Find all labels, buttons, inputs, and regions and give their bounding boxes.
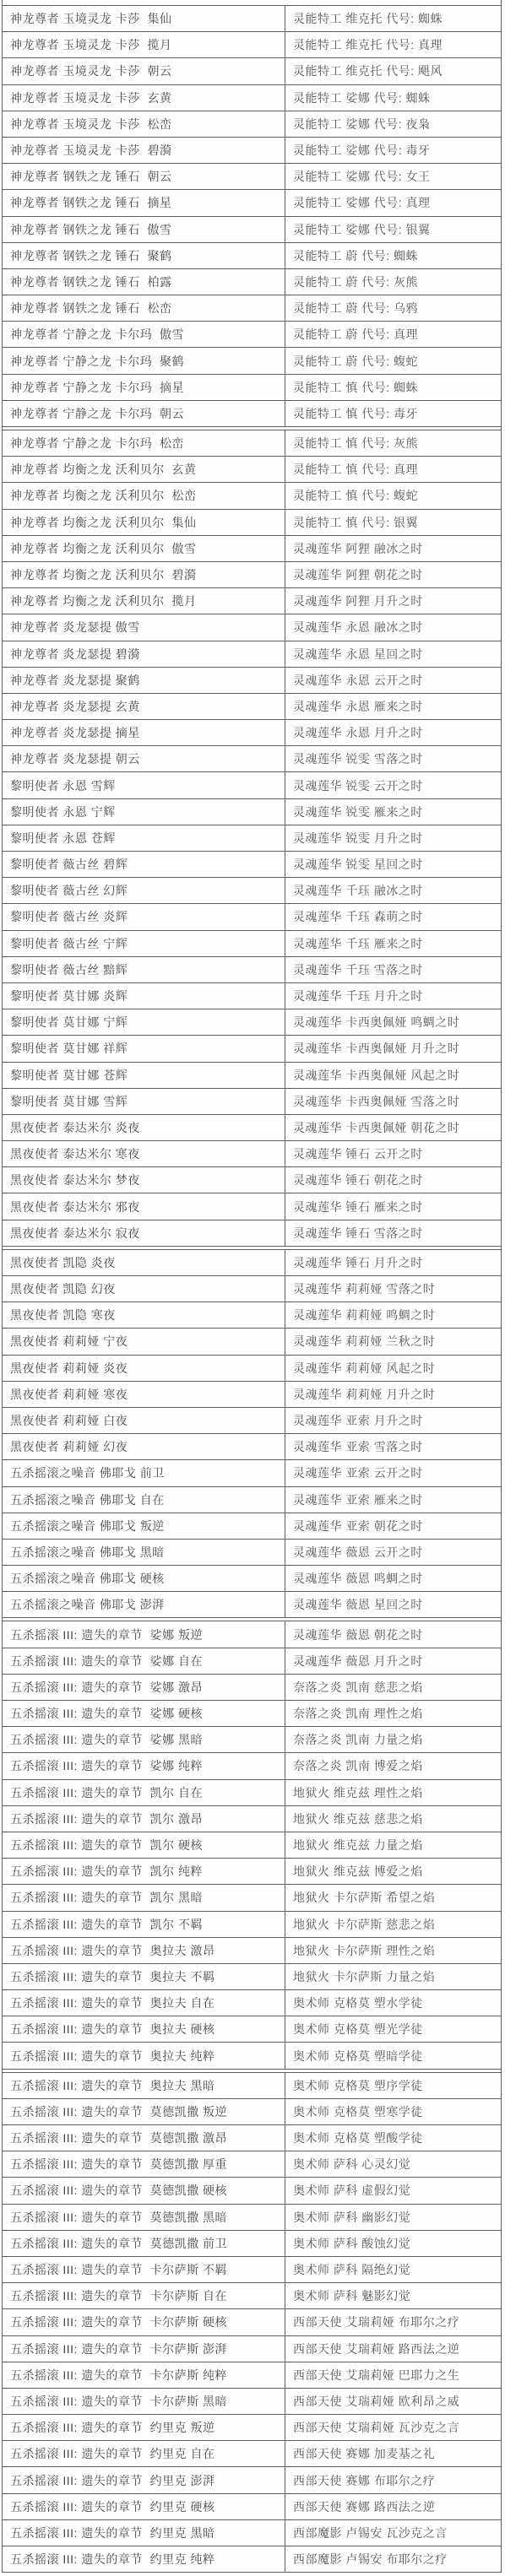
table-row: 黑夜使者 凯隐 炎夜灵魂莲华 锤石 月升之时 (3, 1250, 501, 1276)
table-row: 五杀摇滚 III: 遗失的章节 凯尔 硬核地狱火 维克兹 力量之焰 (3, 1832, 501, 1859)
skin-name-cell: 黑夜使者 凯隐 炎夜 (3, 1250, 285, 1275)
table-row: 黎明使者 莫甘娜 苍辉灵魂莲华 卡西奥佩娅 风起之时 (3, 1063, 501, 1089)
skin-name-cell: 五杀摇滚 III: 遗失的章节 奥拉夫 黑暗 (3, 2073, 285, 2098)
skin-name-cell: 五杀摇滚之噪音 佛耶戈 黑暗 (3, 1540, 285, 1565)
skin-name-cell: 黑夜使者 莉莉娅 白夜 (3, 1408, 285, 1433)
reward-name-cell: 灵魂莲华 锐雯 雁来之时 (285, 799, 501, 825)
table-row: 黎明使者 薇古丝 幻辉灵魂莲华 千珏 融冰之时 (3, 878, 501, 904)
skin-name-cell: 黎明使者 薇古丝 幻辉 (3, 878, 285, 903)
skin-name-cell: 五杀摇滚 III: 遗失的章节 凯尔 硬核 (3, 1832, 285, 1858)
skin-name-cell: 五杀摇滚 III: 遗失的章节 莫德凯撒 硬核 (3, 2178, 285, 2203)
reward-name-cell: 奈落之炎 凯南 理性之焰 (285, 1701, 501, 1726)
skin-name-cell: 五杀摇滚 III: 遗失的章节 卡尔萨斯 澎湃 (3, 2336, 285, 2362)
skin-name-cell: 五杀摇滚 III: 遗失的章节 约里克 自在 (3, 2441, 285, 2466)
skin-name-cell: 五杀摇滚 III: 遗失的章节 卡尔萨斯 硬核 (3, 2309, 285, 2335)
table-row: 黑夜使者 泰达米尔 寂夜灵魂莲华 锤石 雪落之时 (3, 1220, 501, 1247)
reward-name-cell: 西部天使 艾瑞莉娅 布耶尔之疗 (285, 2309, 501, 2335)
table-row: 神龙尊者 钢铁之龙 锤石 傲雪灵能特工 娑娜 代号: 银翼 (3, 217, 501, 243)
table-row: 五杀摇滚 III: 遗失的章节 娑娜 激昂奈落之炎 凯南 慈悲之焰 (3, 1675, 501, 1701)
table-row: 五杀摇滚 III: 遗失的章节 奥拉夫 黑暗奥术师 克格莫 塑序学徒 (3, 2073, 501, 2099)
table-row: 五杀摇滚之噪音 佛耶戈 叛逆灵魂莲华 亚索 朝花之时 (3, 1513, 501, 1540)
reward-name-cell: 地狱火 卡尔萨斯 慈悲之焰 (285, 1912, 501, 1937)
skin-name-cell: 五杀摇滚 III: 遗失的章节 莫德凯撒 厚重 (3, 2151, 285, 2177)
reward-name-cell: 奈落之炎 凯南 博爱之焰 (285, 1753, 501, 1778)
reward-name-cell: 灵魂莲华 薇恩 星回之时 (285, 1592, 501, 1617)
skin-name-cell: 神龙尊者 钢铁之龙 锤石 摘星 (3, 190, 285, 215)
reward-name-cell: 灵魂莲华 千珏 月升之时 (285, 983, 501, 1009)
skin-name-cell: 黑夜使者 泰达米尔 炎夜 (3, 1115, 285, 1140)
table-row: 五杀摇滚 III: 遗失的章节 凯尔 纯粹地狱火 维克兹 博爱之焰 (3, 1859, 501, 1885)
skin-name-cell: 黎明使者 薇古丝 炎辉 (3, 904, 285, 929)
table-row: 神龙尊者 均衡之龙 沃利贝尔 傲雪灵魂莲华 阿狸 融冰之时 (3, 536, 501, 562)
table-row: 五杀摇滚 III: 遗失的章节 凯尔 激昂地狱火 维克兹 慈悲之焰 (3, 1806, 501, 1832)
skin-name-cell: 五杀摇滚 III: 遗失的章节 奥拉夫 硬核 (3, 2016, 285, 2042)
table-row: 五杀摇滚 III: 遗失的章节 莫德凯撒 黑暗奥术师 萨科 幽影幻觉 (3, 2205, 501, 2231)
reward-name-cell: 灵能特工 维克托 代号: 飓风 (285, 58, 501, 84)
table-row: 神龙尊者 均衡之龙 沃利贝尔 揽月灵魂莲华 阿狸 月升之时 (3, 588, 501, 614)
skin-name-cell: 五杀摇滚 III: 遗失的章节 卡尔萨斯 自在 (3, 2283, 285, 2308)
skin-name-cell: 黎明使者 莫甘娜 宁辉 (3, 1009, 285, 1035)
table-row: 神龙尊者 宁静之龙 卡尔玛 傲雪灵能特工 蔚 代号: 真理 (3, 322, 501, 348)
reward-name-cell: 灵能特工 娑娜 代号: 银翼 (285, 217, 501, 242)
reward-name-cell: 奥术师 克格莫 塑暗学徒 (285, 2043, 501, 2068)
reward-name-cell: 灵魂莲华 阿狸 融冰之时 (285, 536, 501, 561)
skin-name-cell: 五杀摇滚之噪音 佛耶戈 硬核 (3, 1566, 285, 1591)
reward-name-cell: 灵魂莲华 锤石 月升之时 (285, 1250, 501, 1275)
skin-name-cell: 黎明使者 永恩 苍辉 (3, 825, 285, 851)
table-row: 神龙尊者 钢铁之龙 锤石 摘星灵能特工 娑娜 代号: 真理 (3, 190, 501, 216)
reward-name-cell: 灵魂莲华 莉莉娅 鸣蜩之时 (285, 1302, 501, 1328)
reward-name-cell: 西部天使 艾瑞莉娅 欧利昂之威 (285, 2389, 501, 2414)
reward-name-cell: 灵能特工 娑娜 代号: 真理 (285, 190, 501, 215)
table-rows-container: 神龙尊者 玉境灵龙 卡莎 集仙灵能特工 维克托 代号: 蜘蛛神龙尊者 玉境灵龙 … (3, 6, 501, 2573)
skin-name-cell: 黎明使者 薇古丝 宁辉 (3, 931, 285, 956)
table-row: 五杀摇滚 III: 遗失的章节 卡尔萨斯 硬核西部天使 艾瑞莉娅 布耶尔之疗 (3, 2309, 501, 2335)
table-row: 神龙尊者 炎龙瑟提 朝云灵魂莲华 锐雯 雪落之时 (3, 746, 501, 772)
reward-name-cell: 灵魂莲华 锐雯 月升之时 (285, 825, 501, 851)
skin-name-cell: 神龙尊者 宁静之龙 卡尔玛 傲雪 (3, 322, 285, 347)
skin-reward-table: 神龙尊者 玉境灵龙 卡莎 集仙灵能特工 维克托 代号: 蜘蛛神龙尊者 玉境灵龙 … (2, 0, 502, 2573)
skin-name-cell: 黎明使者 永恩 雪辉 (3, 772, 285, 798)
skin-name-cell: 黑夜使者 泰达米尔 梦夜 (3, 1167, 285, 1193)
reward-name-cell: 灵魂莲华 锐雯 雪落之时 (285, 746, 501, 771)
skin-name-cell: 神龙尊者 炎龙瑟提 玄黄 (3, 694, 285, 719)
skin-name-cell: 神龙尊者 炎龙瑟提 聚鹤 (3, 668, 285, 693)
table-row: 神龙尊者 玉境灵龙 卡莎 松峦灵能特工 娑娜 代号: 夜枭 (3, 111, 501, 138)
skin-name-cell: 五杀摇滚 III: 遗失的章节 约里克 硬核 (3, 2494, 285, 2519)
skin-name-cell: 五杀摇滚 III: 遗失的章节 凯尔 激昂 (3, 1806, 285, 1832)
table-row: 神龙尊者 玉境灵龙 卡莎 集仙灵能特工 维克托 代号: 蜘蛛 (3, 6, 501, 32)
table-row: 神龙尊者 玉境灵龙 卡莎 碧漪灵能特工 娑娜 代号: 毒牙 (3, 138, 501, 164)
table-row: 五杀摇滚 III: 遗失的章节 莫德凯撒 激昂奥术师 克格莫 塑酸学徒 (3, 2125, 501, 2151)
table-row: 神龙尊者 炎龙瑟提 傲雪灵魂莲华 永恩 融冰之时 (3, 614, 501, 641)
reward-name-cell: 灵能特工 蔚 代号: 灰熊 (285, 269, 501, 295)
table-row: 五杀摇滚 III: 遗失的章节 约里克 硬核西部天使 赛娜 路西法之逆 (3, 2494, 501, 2520)
table-row: 黑夜使者 莉莉娅 寒夜灵魂莲华 莉莉娅 月升之时 (3, 1382, 501, 1408)
table-row: 黎明使者 莫甘娜 雪辉灵魂莲华 卡西奥佩娅 雪落之时 (3, 1089, 501, 1115)
skin-name-cell: 黑夜使者 凯隐 幻夜 (3, 1276, 285, 1302)
reward-name-cell: 灵能特工 慎 代号: 真理 (285, 457, 501, 482)
table-row: 神龙尊者 均衡之龙 沃利贝尔 集仙灵能特工 慎 代号: 银翼 (3, 510, 501, 536)
skin-name-cell: 神龙尊者 炎龙瑟提 摘星 (3, 720, 285, 745)
table-row: 神龙尊者 钢铁之龙 锤石 柏露灵能特工 蔚 代号: 灰熊 (3, 269, 501, 295)
skin-name-cell: 五杀摇滚 III: 遗失的章节 娑娜 黑暗 (3, 1727, 285, 1752)
skin-name-cell: 黑夜使者 莉莉娅 幻夜 (3, 1434, 285, 1459)
table-row: 五杀摇滚 III: 遗失的章节 约里克 黑暗西部魔影 卢锡安 瓦沙克之言 (3, 2520, 501, 2546)
reward-name-cell: 奥术师 萨科 隔绝幻觉 (285, 2257, 501, 2282)
skin-name-cell: 黎明使者 薇古丝 碧辉 (3, 852, 285, 877)
reward-name-cell: 灵魂莲华 永恩 月升之时 (285, 720, 501, 745)
table-row: 神龙尊者 均衡之龙 沃利贝尔 玄黄灵能特工 慎 代号: 真理 (3, 457, 501, 483)
reward-name-cell: 灵能特工 蔚 代号: 乌鸦 (285, 295, 501, 321)
skin-name-cell: 五杀摇滚 III: 遗失的章节 莫德凯撒 前卫 (3, 2231, 285, 2256)
skin-name-cell: 黎明使者 永恩 宁辉 (3, 799, 285, 825)
reward-name-cell: 奥术师 克格莫 塑寒学徒 (285, 2099, 501, 2124)
table-row: 五杀摇滚之噪音 佛耶戈 自在灵魂莲华 亚索 雁来之时 (3, 1487, 501, 1513)
skin-name-cell: 五杀摇滚 III: 遗失的章节 奥拉夫 激昂 (3, 1938, 285, 1963)
table-row: 神龙尊者 炎龙瑟提 聚鹤灵魂莲华 永恩 云开之时 (3, 668, 501, 694)
skin-name-cell: 神龙尊者 宁静之龙 卡尔玛 松峦 (3, 430, 285, 456)
table-row: 神龙尊者 玉境灵龙 卡莎 玄黄灵能特工 娑娜 代号: 蜘蛛 (3, 85, 501, 111)
reward-name-cell: 灵魂莲华 千珏 雪落之时 (285, 957, 501, 982)
table-row: 神龙尊者 钢铁之龙 锤石 聚鹤灵能特工 蔚 代号: 蜘蛛 (3, 243, 501, 269)
reward-name-cell: 灵魂莲华 锤石 朝花之时 (285, 1167, 501, 1193)
table-row: 五杀摇滚 III: 遗失的章节 卡尔萨斯 纯粹西部天使 艾瑞莉娅 巴耶力之生 (3, 2362, 501, 2389)
skin-name-cell: 五杀摇滚之噪音 佛耶戈 前卫 (3, 1460, 285, 1486)
skin-name-cell: 五杀摇滚 III: 遗失的章节 奥拉夫 纯粹 (3, 2043, 285, 2068)
skin-name-cell: 五杀摇滚 III: 遗失的章节 卡尔萨斯 不羁 (3, 2257, 285, 2282)
table-row: 黎明使者 永恩 雪辉灵魂莲华 锐雯 云开之时 (3, 772, 501, 798)
skin-name-cell: 五杀摇滚 III: 遗失的章节 莫德凯撒 激昂 (3, 2125, 285, 2151)
table-row: 黎明使者 永恩 宁辉灵魂莲华 锐雯 雁来之时 (3, 799, 501, 825)
reward-name-cell: 地狱火 卡尔萨斯 希望之焰 (285, 1885, 501, 1910)
skin-name-cell: 神龙尊者 宁静之龙 卡尔玛 朝云 (3, 401, 285, 426)
reward-name-cell: 灵能特工 蔚 代号: 蜘蛛 (285, 243, 501, 268)
skin-name-cell: 五杀摇滚之噪音 佛耶戈 自在 (3, 1487, 285, 1513)
skin-name-cell: 五杀摇滚之噪音 佛耶戈 澎湃 (3, 1592, 285, 1617)
reward-name-cell: 西部天使 赛娜 加麦基之礼 (285, 2441, 501, 2466)
reward-name-cell: 奥术师 克格莫 塑光学徒 (285, 2016, 501, 2042)
skin-name-cell: 黎明使者 莫甘娜 苍辉 (3, 1063, 285, 1088)
skin-name-cell: 五杀摇滚 III: 遗失的章节 约里克 澎湃 (3, 2467, 285, 2492)
table-row: 五杀摇滚 III: 遗失的章节 约里克 澎湃西部天使 赛娜 布耶尔之疗 (3, 2467, 501, 2493)
table-row: 五杀摇滚 III: 遗失的章节 卡尔萨斯 黑暗西部天使 艾瑞莉娅 欧利昂之威 (3, 2389, 501, 2415)
table-row: 黎明使者 莫甘娜 宁辉灵魂莲华 卡西奥佩娅 鸣蜩之时 (3, 1009, 501, 1036)
table-row: 黎明使者 薇古丝 碧辉灵魂莲华 锐雯 星回之时 (3, 852, 501, 878)
reward-name-cell: 灵魂莲华 卡西奥佩娅 风起之时 (285, 1063, 501, 1088)
skin-name-cell: 神龙尊者 均衡之龙 沃利贝尔 玄黄 (3, 457, 285, 482)
table-row: 五杀摇滚 III: 遗失的章节 奥拉夫 硬核奥术师 克格莫 塑光学徒 (3, 2016, 501, 2043)
skin-name-cell: 神龙尊者 钢铁之龙 锤石 柏露 (3, 269, 285, 295)
reward-name-cell: 灵魂莲华 亚索 雪落之时 (285, 1434, 501, 1459)
skin-name-cell: 五杀摇滚 III: 遗失的章节 莫德凯撒 黑暗 (3, 2205, 285, 2230)
skin-name-cell: 神龙尊者 均衡之龙 沃利贝尔 松峦 (3, 483, 285, 508)
table-row: 五杀摇滚 III: 遗失的章节 娑娜 黑暗奈落之炎 凯南 力量之焰 (3, 1727, 501, 1753)
table-row: 五杀摇滚 III: 遗失的章节 莫德凯撒 硬核奥术师 萨科 虚假幻觉 (3, 2178, 501, 2204)
table-row: 五杀摇滚 III: 遗失的章节 卡尔萨斯 自在奥术师 萨科 魅影幻觉 (3, 2283, 501, 2309)
reward-name-cell: 灵能特工 慎 代号: 银翼 (285, 510, 501, 535)
reward-name-cell: 地狱火 维克兹 博爱之焰 (285, 1859, 501, 1884)
reward-name-cell: 奥术师 萨科 魅影幻觉 (285, 2283, 501, 2308)
skin-name-cell: 神龙尊者 玉境灵龙 卡莎 玄黄 (3, 85, 285, 111)
skin-name-cell: 五杀摇滚 III: 遗失的章节 奥拉夫 不羁 (3, 1964, 285, 1989)
table-row: 五杀摇滚 III: 遗失的章节 卡尔萨斯 不羁奥术师 萨科 隔绝幻觉 (3, 2257, 501, 2283)
table-row: 黎明使者 永恩 苍辉灵魂莲华 锐雯 月升之时 (3, 825, 501, 852)
table-row: 五杀摇滚 III: 遗失的章节 娑娜 叛逆灵魂莲华 薇恩 朝花之时 (3, 1621, 501, 1648)
table-row: 黑夜使者 莉莉娅 白夜灵魂莲华 亚索 月升之时 (3, 1408, 501, 1434)
table-row: 神龙尊者 均衡之龙 沃利贝尔 碧漪灵魂莲华 阿狸 朝花之时 (3, 562, 501, 588)
reward-name-cell: 灵魂莲华 卡西奥佩娅 朝花之时 (285, 1115, 501, 1140)
skin-name-cell: 神龙尊者 玉境灵龙 卡莎 集仙 (3, 6, 285, 31)
table-row: 黑夜使者 泰达米尔 炎夜灵魂莲华 卡西奥佩娅 朝花之时 (3, 1115, 501, 1141)
table-row: 黑夜使者 凯隐 寒夜灵魂莲华 莉莉娅 鸣蜩之时 (3, 1302, 501, 1329)
reward-name-cell: 地狱火 维克兹 力量之焰 (285, 1832, 501, 1858)
skin-name-cell: 五杀摇滚 III: 遗失的章节 娑娜 叛逆 (3, 1621, 285, 1647)
reward-name-cell: 灵能特工 维克托 代号: 真理 (285, 32, 501, 57)
table-row: 神龙尊者 炎龙瑟提 碧漪灵魂莲华 永恩 星回之时 (3, 641, 501, 668)
skin-name-cell: 黑夜使者 莉莉娅 炎夜 (3, 1356, 285, 1381)
skin-name-cell: 黑夜使者 莉莉娅 宁夜 (3, 1329, 285, 1354)
table-row: 黑夜使者 莉莉娅 幻夜灵魂莲华 亚索 雪落之时 (3, 1434, 501, 1460)
reward-name-cell: 灵魂莲华 锐雯 云开之时 (285, 772, 501, 798)
reward-name-cell: 灵魂莲华 锤石 雁来之时 (285, 1193, 501, 1219)
reward-name-cell: 灵能特工 维克托 代号: 蜘蛛 (285, 6, 501, 31)
skin-name-cell: 神龙尊者 均衡之龙 沃利贝尔 傲雪 (3, 536, 285, 561)
reward-name-cell: 灵魂莲华 锤石 云开之时 (285, 1141, 501, 1166)
skin-name-cell: 神龙尊者 钢铁之龙 锤石 聚鹤 (3, 243, 285, 268)
reward-name-cell: 灵能特工 慎 代号: 毒牙 (285, 401, 501, 426)
reward-name-cell: 西部魔影 卢锡安 瓦沙克之言 (285, 2520, 501, 2546)
reward-name-cell: 灵魂莲华 亚索 雁来之时 (285, 1487, 501, 1513)
skin-name-cell: 五杀摇滚 III: 遗失的章节 约里克 叛逆 (3, 2415, 285, 2440)
table-row: 黎明使者 薇古丝 炎辉灵魂莲华 千珏 森萌之时 (3, 904, 501, 930)
reward-name-cell: 地狱火 维克兹 理性之焰 (285, 1780, 501, 1805)
table-row: 五杀摇滚 III: 遗失的章节 莫德凯撒 前卫奥术师 萨科 酸蚀幻觉 (3, 2231, 501, 2257)
table-row: 黑夜使者 凯隐 幻夜灵魂莲华 莉莉娅 雪落之时 (3, 1276, 501, 1302)
table-row: 五杀摇滚 III: 遗失的章节 莫德凯撒 厚重奥术师 萨科 心灵幻觉 (3, 2151, 501, 2178)
reward-name-cell: 西部天使 艾瑞莉娅 路西法之逆 (285, 2336, 501, 2362)
table-row: 五杀摇滚 III: 遗失的章节 约里克 叛逆西部天使 艾瑞莉娅 瓦沙克之言 (3, 2415, 501, 2441)
skin-name-cell: 黎明使者 莫甘娜 炎辉 (3, 983, 285, 1009)
reward-name-cell: 灵魂莲华 亚索 云开之时 (285, 1460, 501, 1486)
table-row: 五杀摇滚 III: 遗失的章节 娑娜 硬核奈落之炎 凯南 理性之焰 (3, 1701, 501, 1727)
table-row: 黎明使者 莫甘娜 祥辉灵魂莲华 卡西奥佩娅 月升之时 (3, 1036, 501, 1062)
reward-name-cell: 灵魂莲华 亚索 月升之时 (285, 1408, 501, 1433)
table-row: 神龙尊者 宁静之龙 卡尔玛 朝云灵能特工 慎 代号: 毒牙 (3, 401, 501, 427)
skin-name-cell: 黎明使者 莫甘娜 祥辉 (3, 1036, 285, 1061)
skin-name-cell: 五杀摇滚之噪音 佛耶戈 叛逆 (3, 1513, 285, 1539)
table-row: 神龙尊者 炎龙瑟提 玄黄灵魂莲华 永恩 雁来之时 (3, 694, 501, 720)
skin-name-cell: 五杀摇滚 III: 遗失的章节 奥拉夫 自在 (3, 1990, 285, 2016)
skin-name-cell: 五杀摇滚 III: 遗失的章节 约里克 纯粹 (3, 2546, 285, 2572)
reward-name-cell: 奥术师 克格莫 塑酸学徒 (285, 2125, 501, 2151)
table-row: 神龙尊者 钢铁之龙 锤石 松峦灵能特工 蔚 代号: 乌鸦 (3, 295, 501, 322)
table-row: 黑夜使者 莉莉娅 宁夜灵魂莲华 莉莉娅 兰秋之时 (3, 1329, 501, 1355)
skin-name-cell: 五杀摇滚 III: 遗失的章节 凯尔 不羁 (3, 1912, 285, 1937)
skin-name-cell: 五杀摇滚 III: 遗失的章节 凯尔 纯粹 (3, 1859, 285, 1884)
reward-name-cell: 奥术师 萨科 酸蚀幻觉 (285, 2231, 501, 2256)
reward-name-cell: 灵能特工 娑娜 代号: 夜枭 (285, 111, 501, 137)
skin-name-cell: 神龙尊者 宁静之龙 卡尔玛 摘星 (3, 375, 285, 400)
skin-name-cell: 五杀摇滚 III: 遗失的章节 娑娜 激昂 (3, 1675, 285, 1700)
reward-name-cell: 灵魂莲华 锤石 雪落之时 (285, 1220, 501, 1246)
reward-name-cell: 灵魂莲华 千珏 融冰之时 (285, 878, 501, 903)
reward-name-cell: 西部天使 赛娜 路西法之逆 (285, 2494, 501, 2519)
reward-name-cell: 灵能特工 蔚 代号: 蝮蛇 (285, 348, 501, 373)
reward-name-cell: 奈落之炎 凯南 力量之焰 (285, 1727, 501, 1752)
skin-name-cell: 神龙尊者 钢铁之龙 锤石 松峦 (3, 295, 285, 321)
skin-name-cell: 神龙尊者 均衡之龙 沃利贝尔 揽月 (3, 588, 285, 614)
reward-name-cell: 奥术师 萨科 心灵幻觉 (285, 2151, 501, 2177)
skin-name-cell: 五杀摇滚 III: 遗失的章节 娑娜 硬核 (3, 1701, 285, 1726)
table-row: 神龙尊者 宁静之龙 卡尔玛 摘星灵能特工 慎 代号: 蜘蛛 (3, 375, 501, 401)
skin-name-cell: 五杀摇滚 III: 遗失的章节 娑娜 纯粹 (3, 1753, 285, 1778)
table-row: 五杀摇滚 III: 遗失的章节 凯尔 黑暗地狱火 卡尔萨斯 希望之焰 (3, 1885, 501, 1911)
table-row: 五杀摇滚之噪音 佛耶戈 黑暗灵魂莲华 薇恩 云开之时 (3, 1540, 501, 1566)
table-row: 五杀摇滚 III: 遗失的章节 奥拉夫 激昂地狱火 卡尔萨斯 理性之焰 (3, 1938, 501, 1964)
reward-name-cell: 奥术师 克格莫 塑序学徒 (285, 2073, 501, 2098)
skin-name-cell: 五杀摇滚 III: 遗失的章节 约里克 黑暗 (3, 2520, 285, 2546)
table-row: 五杀摇滚 III: 遗失的章节 约里克 纯粹西部魔影 卢锡安 布耶尔之疗 (3, 2546, 501, 2573)
table-row: 五杀摇滚 III: 遗失的章节 卡尔萨斯 澎湃西部天使 艾瑞莉娅 路西法之逆 (3, 2336, 501, 2362)
skin-name-cell: 黑夜使者 泰达米尔 寂夜 (3, 1220, 285, 1246)
reward-name-cell: 灵魂莲华 卡西奥佩娅 鸣蜩之时 (285, 1009, 501, 1035)
table-row: 五杀摇滚 III: 遗失的章节 莫德凯撒 叛逆奥术师 克格莫 塑寒学徒 (3, 2099, 501, 2125)
skin-name-cell: 神龙尊者 均衡之龙 沃利贝尔 碧漪 (3, 562, 285, 587)
table-row: 神龙尊者 宁静之龙 卡尔玛 聚鹤灵能特工 蔚 代号: 蝮蛇 (3, 348, 501, 374)
reward-name-cell: 灵魂莲华 永恩 雁来之时 (285, 694, 501, 719)
table-row: 神龙尊者 玉境灵龙 卡莎 揽月灵能特工 维克托 代号: 真理 (3, 32, 501, 58)
reward-name-cell: 灵能特工 娑娜 代号: 女王 (285, 164, 501, 189)
reward-name-cell: 灵魂莲华 千珏 雁来之时 (285, 931, 501, 956)
skin-name-cell: 神龙尊者 宁静之龙 卡尔玛 聚鹤 (3, 348, 285, 373)
table-row: 神龙尊者 钢铁之龙 锤石 朝云灵能特工 娑娜 代号: 女王 (3, 164, 501, 190)
skin-name-cell: 五杀摇滚 III: 遗失的章节 卡尔萨斯 纯粹 (3, 2362, 285, 2388)
table-row: 五杀摇滚 III: 遗失的章节 娑娜 纯粹奈落之炎 凯南 博爱之焰 (3, 1753, 501, 1779)
skin-name-cell: 黑夜使者 泰达米尔 寒夜 (3, 1141, 285, 1166)
reward-name-cell: 西部天使 艾瑞莉娅 巴耶力之生 (285, 2362, 501, 2388)
reward-name-cell: 奥术师 萨科 幽影幻觉 (285, 2205, 501, 2230)
reward-name-cell: 灵魂莲华 薇恩 朝花之时 (285, 1621, 501, 1647)
reward-name-cell: 灵能特工 娑娜 代号: 蜘蛛 (285, 85, 501, 111)
reward-name-cell: 灵魂莲华 千珏 森萌之时 (285, 904, 501, 929)
table-row: 五杀摇滚 III: 遗失的章节 娑娜 自在灵魂莲华 薇恩 月升之时 (3, 1648, 501, 1675)
skin-name-cell: 黑夜使者 凯隐 寒夜 (3, 1302, 285, 1328)
table-row: 黑夜使者 泰达米尔 寒夜灵魂莲华 锤石 云开之时 (3, 1141, 501, 1167)
table-row: 黎明使者 莫甘娜 炎辉灵魂莲华 千珏 月升之时 (3, 983, 501, 1009)
reward-name-cell: 灵能特工 娑娜 代号: 毒牙 (285, 138, 501, 163)
table-row: 五杀摇滚 III: 遗失的章节 奥拉夫 不羁地狱火 卡尔萨斯 力量之焰 (3, 1964, 501, 1990)
reward-name-cell: 西部天使 赛娜 布耶尔之疗 (285, 2467, 501, 2492)
reward-name-cell: 灵魂莲华 卡西奥佩娅 月升之时 (285, 1036, 501, 1061)
table-row: 五杀摇滚 III: 遗失的章节 凯尔 自在地狱火 维克兹 理性之焰 (3, 1780, 501, 1806)
skin-name-cell: 神龙尊者 玉境灵龙 卡莎 朝云 (3, 58, 285, 84)
table-row: 神龙尊者 均衡之龙 沃利贝尔 松峦灵能特工 慎 代号: 蝮蛇 (3, 483, 501, 509)
reward-name-cell: 灵能特工 蔚 代号: 真理 (285, 322, 501, 347)
skin-name-cell: 五杀摇滚 III: 遗失的章节 凯尔 自在 (3, 1780, 285, 1805)
skin-name-cell: 神龙尊者 均衡之龙 沃利贝尔 集仙 (3, 510, 285, 535)
table-row: 神龙尊者 炎龙瑟提 摘星灵魂莲华 永恩 月升之时 (3, 720, 501, 746)
table-row: 五杀摇滚之噪音 佛耶戈 澎湃灵魂莲华 薇恩 星回之时 (3, 1592, 501, 1618)
reward-name-cell: 灵魂莲华 锐雯 星回之时 (285, 852, 501, 877)
skin-name-cell: 五杀摇滚 III: 遗失的章节 娑娜 自在 (3, 1648, 285, 1674)
table-row: 黑夜使者 泰达米尔 邪夜灵魂莲华 锤石 雁来之时 (3, 1193, 501, 1220)
skin-name-cell: 五杀摇滚 III: 遗失的章节 莫德凯撒 叛逆 (3, 2099, 285, 2124)
reward-name-cell: 西部天使 艾瑞莉娅 瓦沙克之言 (285, 2415, 501, 2440)
reward-name-cell: 奈落之炎 凯南 慈悲之焰 (285, 1675, 501, 1700)
skin-name-cell: 五杀摇滚 III: 遗失的章节 卡尔萨斯 黑暗 (3, 2389, 285, 2414)
reward-name-cell: 地狱火 维克兹 慈悲之焰 (285, 1806, 501, 1832)
reward-name-cell: 灵魂莲华 阿狸 月升之时 (285, 588, 501, 614)
skin-name-cell: 黑夜使者 莉莉娅 寒夜 (3, 1382, 285, 1407)
reward-name-cell: 地狱火 卡尔萨斯 理性之焰 (285, 1938, 501, 1963)
reward-name-cell: 灵魂莲华 莉莉娅 风起之时 (285, 1356, 501, 1381)
skin-name-cell: 神龙尊者 钢铁之龙 锤石 朝云 (3, 164, 285, 189)
reward-name-cell: 灵魂莲华 卡西奥佩娅 雪落之时 (285, 1089, 501, 1114)
table-row: 黑夜使者 莉莉娅 炎夜灵魂莲华 莉莉娅 风起之时 (3, 1356, 501, 1382)
reward-name-cell: 灵魂莲华 薇恩 云开之时 (285, 1540, 501, 1565)
table-row: 黎明使者 薇古丝 黯辉灵魂莲华 千珏 雪落之时 (3, 957, 501, 983)
reward-name-cell: 西部魔影 卢锡安 布耶尔之疗 (285, 2546, 501, 2572)
reward-name-cell: 灵魂莲华 薇恩 鸣蜩之时 (285, 1566, 501, 1591)
table-row: 神龙尊者 宁静之龙 卡尔玛 松峦灵能特工 慎 代号: 灰熊 (3, 430, 501, 457)
skin-name-cell: 黑夜使者 泰达米尔 邪夜 (3, 1193, 285, 1219)
table-row: 五杀摇滚之噪音 佛耶戈 硬核灵魂莲华 薇恩 鸣蜩之时 (3, 1566, 501, 1592)
table-row: 黑夜使者 泰达米尔 梦夜灵魂莲华 锤石 朝花之时 (3, 1167, 501, 1193)
table-row: 五杀摇滚之噪音 佛耶戈 前卫灵魂莲华 亚索 云开之时 (3, 1460, 501, 1486)
table-row: 五杀摇滚 III: 遗失的章节 约里克 自在西部天使 赛娜 加麦基之礼 (3, 2441, 501, 2467)
skin-name-cell: 神龙尊者 钢铁之龙 锤石 傲雪 (3, 217, 285, 242)
reward-name-cell: 灵魂莲华 永恩 融冰之时 (285, 614, 501, 640)
reward-name-cell: 灵能特工 慎 代号: 蝮蛇 (285, 483, 501, 508)
reward-name-cell: 灵魂莲华 阿狸 朝花之时 (285, 562, 501, 587)
skin-name-cell: 五杀摇滚 III: 遗失的章节 凯尔 黑暗 (3, 1885, 285, 1910)
reward-name-cell: 灵能特工 慎 代号: 蜘蛛 (285, 375, 501, 400)
reward-name-cell: 灵能特工 慎 代号: 灰熊 (285, 430, 501, 456)
top-partial-row (3, 0, 501, 6)
reward-name-cell: 灵魂莲华 莉莉娅 月升之时 (285, 1382, 501, 1407)
table-row: 五杀摇滚 III: 遗失的章节 奥拉夫 自在奥术师 克格莫 塑水学徒 (3, 1990, 501, 2016)
skin-name-cell: 神龙尊者 玉境灵龙 卡莎 揽月 (3, 32, 285, 57)
reward-name-cell: 灵魂莲华 永恩 云开之时 (285, 668, 501, 693)
reward-name-cell: 地狱火 卡尔萨斯 力量之焰 (285, 1964, 501, 1989)
skin-name-cell: 神龙尊者 炎龙瑟提 碧漪 (3, 641, 285, 667)
reward-name-cell: 奥术师 克格莫 塑水学徒 (285, 1990, 501, 2016)
skin-name-cell: 神龙尊者 玉境灵龙 卡莎 碧漪 (3, 138, 285, 163)
table-row: 黎明使者 薇古丝 宁辉灵魂莲华 千珏 雁来之时 (3, 931, 501, 957)
reward-name-cell: 灵魂莲华 亚索 朝花之时 (285, 1513, 501, 1539)
table-row: 五杀摇滚 III: 遗失的章节 奥拉夫 纯粹奥术师 克格莫 塑暗学徒 (3, 2043, 501, 2069)
reward-name-cell: 灵魂莲华 永恩 星回之时 (285, 641, 501, 667)
reward-name-cell: 奥术师 萨科 虚假幻觉 (285, 2178, 501, 2203)
skin-name-cell: 神龙尊者 炎龙瑟提 朝云 (3, 746, 285, 771)
skin-name-cell: 神龙尊者 炎龙瑟提 傲雪 (3, 614, 285, 640)
table-row: 神龙尊者 玉境灵龙 卡莎 朝云灵能特工 维克托 代号: 飓风 (3, 58, 501, 84)
reward-name-cell: 灵魂莲华 薇恩 月升之时 (285, 1648, 501, 1674)
reward-name-cell: 灵魂莲华 莉莉娅 兰秋之时 (285, 1329, 501, 1354)
reward-name-cell: 灵魂莲华 莉莉娅 雪落之时 (285, 1276, 501, 1302)
skin-name-cell: 黎明使者 薇古丝 黯辉 (3, 957, 285, 982)
table-row: 五杀摇滚 III: 遗失的章节 凯尔 不羁地狱火 卡尔萨斯 慈悲之焰 (3, 1912, 501, 1938)
skin-name-cell: 黎明使者 莫甘娜 雪辉 (3, 1089, 285, 1114)
skin-name-cell: 神龙尊者 玉境灵龙 卡莎 松峦 (3, 111, 285, 137)
